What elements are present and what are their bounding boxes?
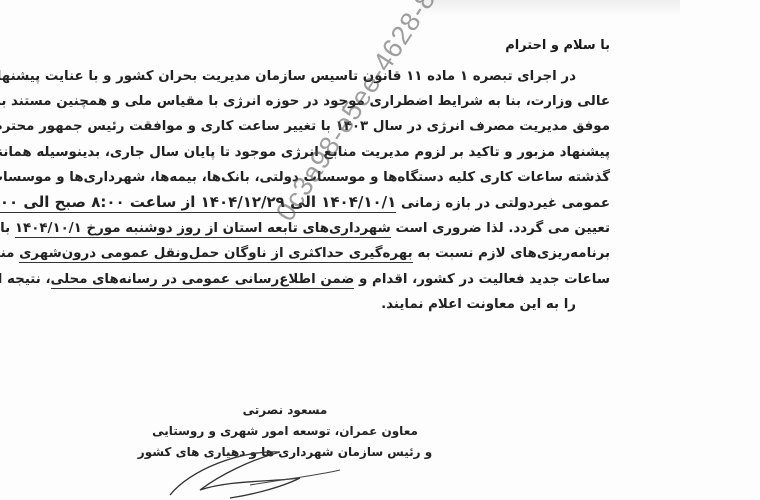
- signer-title-1: معاون عمران، توسعه امور شهری و روستایی: [120, 421, 450, 442]
- body-line-8-suffix: منطبق با: [0, 246, 19, 261]
- body-line-7-prefix: تعیین می گردد. لذا ضروری است: [391, 221, 610, 236]
- body-line-6: عمومی غیردولتی در بازه زمانی ۱۴۰۴/۱۰/۱ ا…: [90, 190, 610, 216]
- body-line-5: گذشته ساعات کاری کلیه دستگاه‌ها و موسسات…: [90, 165, 610, 190]
- public-transport-clause: بهره‌گیری حداکثری از ناوگان حمل‌ونقل عمو…: [19, 246, 413, 263]
- start-date-clause: شهرداری‌های تابعه استان از روز دوشنبه مو…: [15, 221, 391, 238]
- body-line-8-prefix: برنامه‌ریزی‌های لازم نسبت به: [413, 246, 610, 261]
- body-line-6-prefix: عمومی غیردولتی در بازه زمانی: [396, 196, 610, 211]
- body-line-9-prefix: ساعات جدید فعالیت در کشور، اقدام و: [354, 272, 610, 287]
- body-line-9: ساعات جدید فعالیت در کشور، اقدام و ضمن ا…: [90, 267, 610, 292]
- signer-name: مسعود نصرتی: [120, 400, 450, 421]
- body-line-7-suffix: با انجام: [0, 221, 15, 236]
- document-page: با سلام و احترام در اجرای تبصره ۱ ماده ۱…: [0, 0, 760, 500]
- public-notice-clause: ضمن اطلاع‌رسانی عمومی در رسانه‌های محلی: [51, 272, 355, 289]
- body-line-10: را به این معاونت اعلام نمایند.: [90, 292, 610, 317]
- handwritten-signature-icon: [130, 440, 370, 500]
- body-line-9-suffix: ، نتیجه اقدامات: [0, 272, 51, 287]
- greeting: با سلام و احترام: [505, 38, 610, 53]
- body-line-8: برنامه‌ریزی‌های لازم نسبت به بهره‌گیری ح…: [90, 241, 610, 266]
- scan-shadow: [420, 0, 680, 16]
- body-line-7: تعیین می گردد. لذا ضروری است شهرداری‌های…: [90, 216, 610, 241]
- working-hours-period: ۱۴۰۴/۱۰/۱ الی ۱۴۰۴/۱۲/۲۹ از ساعت ۸:۰۰ صب…: [0, 193, 396, 213]
